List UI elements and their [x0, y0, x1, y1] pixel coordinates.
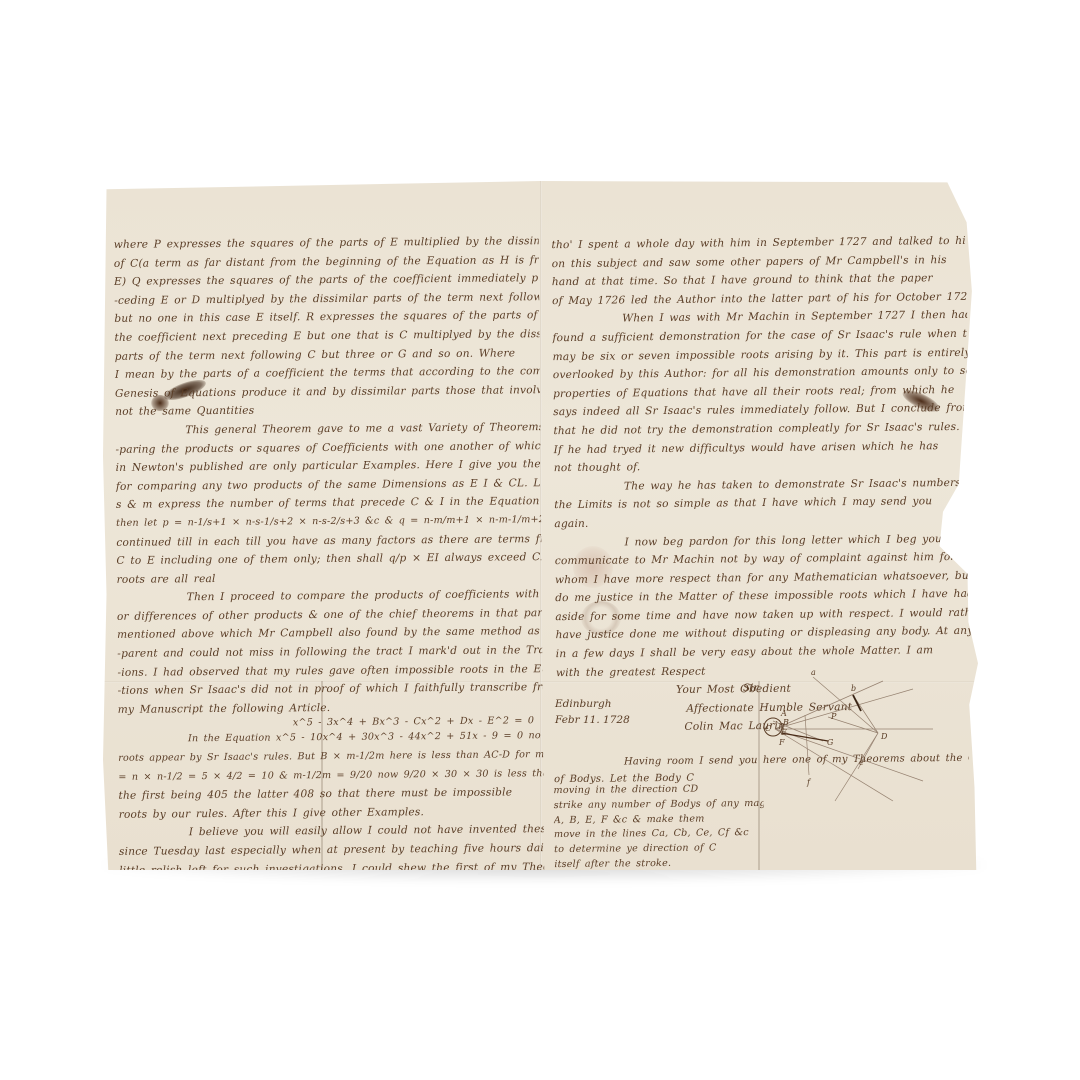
label-A: A: [780, 709, 787, 718]
label-b: b: [851, 684, 856, 693]
label-a: a: [811, 668, 816, 677]
letter-date: Febr 11. 1728: [555, 714, 630, 726]
label-D: D: [880, 732, 888, 741]
postscript-bottom: on the directions CA, CB, CE, CF &c. Ima…: [554, 889, 970, 973]
text-line: some regret see myself prevented. Howeve…: [120, 914, 545, 936]
label-f: f: [806, 778, 812, 787]
label-B: B: [782, 718, 789, 727]
ps-line: strike any number of Bodys of any magnit…: [554, 797, 764, 814]
text-line: your attention. Only as these things wer…: [119, 895, 544, 917]
text-line: C to E including one of them only; then …: [116, 548, 541, 570]
place-edinburgh: Edinburgh: [555, 698, 612, 710]
ps-line: move in the lines Ca, Cb, Ce, Cf &c: [554, 826, 764, 843]
label-F: F: [778, 738, 785, 747]
text-line: -tions when Sr Isaac's did not in proof …: [118, 678, 543, 700]
ps-line: on the directions CA, CB, CE, CF &c. Ima…: [554, 889, 969, 909]
ps-line: Cd parallel to DP shall be ye direction …: [554, 937, 969, 957]
text-line: by the lengths I have carried the subjec…: [120, 932, 545, 954]
manuscript-sheet: where P expresses the squares of the par…: [103, 181, 978, 870]
text-line: the first being 405 the latter 408 so th…: [118, 783, 543, 805]
label-P: P: [830, 712, 837, 721]
left-page-text: where P expresses the squares of the par…: [114, 232, 546, 1010]
ps-line: gravity of all those bodys so placed & l…: [554, 921, 969, 941]
text-line: I believe you will not find that Mr Camp…: [120, 951, 545, 973]
ps-line: to be placed in the points C, a, b, e, f…: [554, 905, 969, 925]
label-C: C: [765, 724, 771, 733]
collision-diagram: a b A B C E F P G D e f: [743, 661, 933, 811]
label-e: e: [859, 758, 864, 767]
ps-line: Bodys are perfectly hard. Colin: [554, 953, 969, 973]
label-G: G: [827, 738, 834, 747]
label-E: E: [780, 728, 787, 737]
text-line: least the latter part of it so soon afte…: [120, 969, 545, 991]
text-line: -ing of 1726. One reason I have is that …: [120, 988, 545, 1010]
